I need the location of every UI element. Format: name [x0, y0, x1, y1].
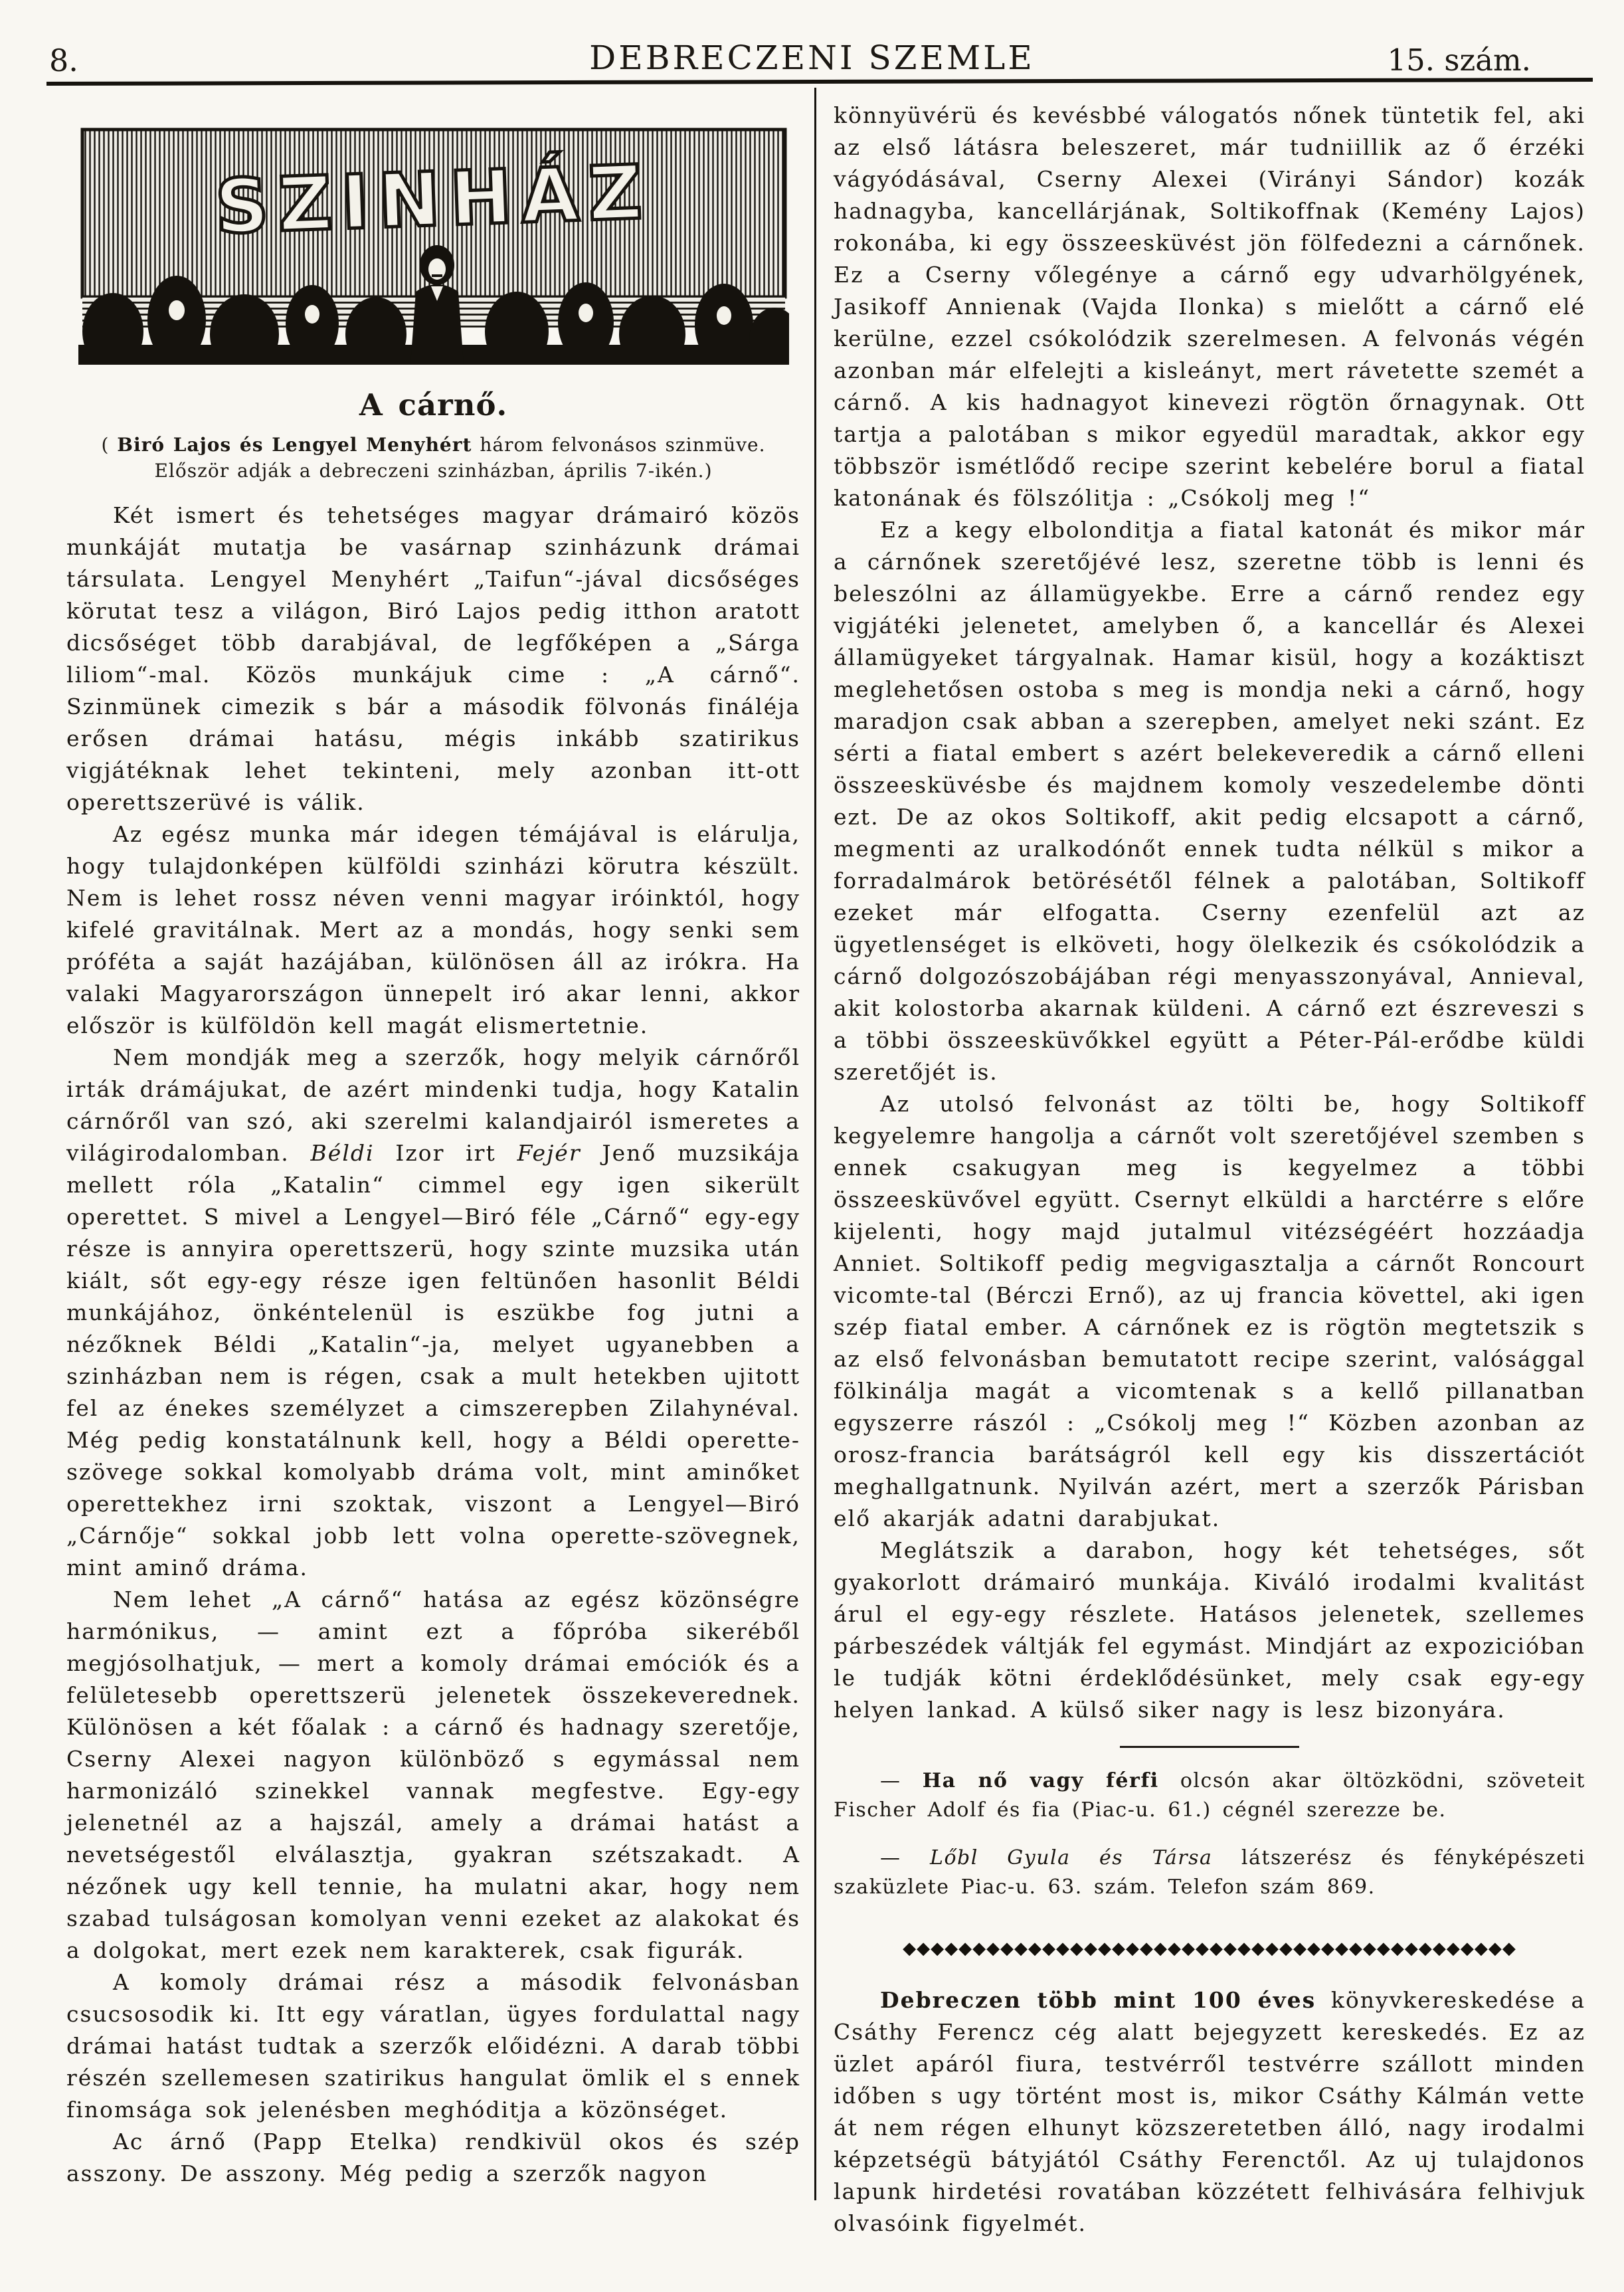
article-paragraph: A komoly drámai rész a második felvonásb… [66, 1966, 800, 2126]
article-paragraph: Ac árnő (Papp Etelka) rendkivül okos és … [66, 2126, 800, 2190]
article-paragraph: Meglátszik a darabon, hogy két tehetsége… [834, 1535, 1585, 1726]
bookshop-notice: Debreczen több mint 100 éves könyvkeresk… [834, 1984, 1585, 2240]
classified-ad: — Lőbl Gyula és Társa látszerész és fény… [834, 1844, 1585, 1902]
article-paragraph: Az utolsó felvonást az tölti be, hogy So… [834, 1088, 1585, 1535]
section-separator [1120, 1746, 1299, 1748]
article-subtitle: ( Biró Lajos és Lengyel Menyhért három f… [66, 432, 800, 484]
header-rule [46, 78, 1593, 86]
newspaper-page: 8. DEBRECZENI SZEMLE 15. szám. [0, 0, 1624, 2292]
article-title: A cárnő. [66, 390, 800, 420]
article-paragraph: Nem lehet „A cárnő“ hatása az egész közö… [66, 1584, 800, 1966]
illustration-caption: SZINHÁZ [213, 148, 652, 251]
article-paragraph: Nem mondják meg a szerzők, hogy melyik c… [66, 1042, 800, 1584]
ornament-row: ◆◆◆◆◆◆◆◆◆◆◆◆◆◆◆◆◆◆◆◆◆◆◆◆◆◆◆◆◆◆◆◆◆◆◆◆◆◆◆◆… [834, 1933, 1585, 1964]
left-column: SZINHÁZ [66, 116, 800, 2190]
article-paragraph: könnyüvérü és kevésbbé válogatós nőnek t… [834, 100, 1585, 514]
article-paragraph: Ez a kegy elbolonditja a fiatal katonát … [834, 514, 1585, 1088]
issue-number: 15. szám. [1388, 43, 1531, 78]
article-paragraph: Két ismert és tehetséges magyar drámairó… [66, 500, 800, 818]
classified-ad: — Ha nő vagy férfi olcsón akar öltözködn… [834, 1767, 1585, 1825]
theatre-engraving-icon: SZINHÁZ [78, 120, 789, 365]
right-column: könnyüvérü és kevésbbé válogatós nőnek t… [834, 100, 1585, 2240]
article-paragraph: Az egész munka már idegen témájával is e… [66, 818, 800, 1042]
column-divider [814, 88, 816, 2200]
theatre-illustration: SZINHÁZ [78, 120, 789, 365]
masthead: DEBRECZENI SZEMLE [0, 39, 1624, 77]
